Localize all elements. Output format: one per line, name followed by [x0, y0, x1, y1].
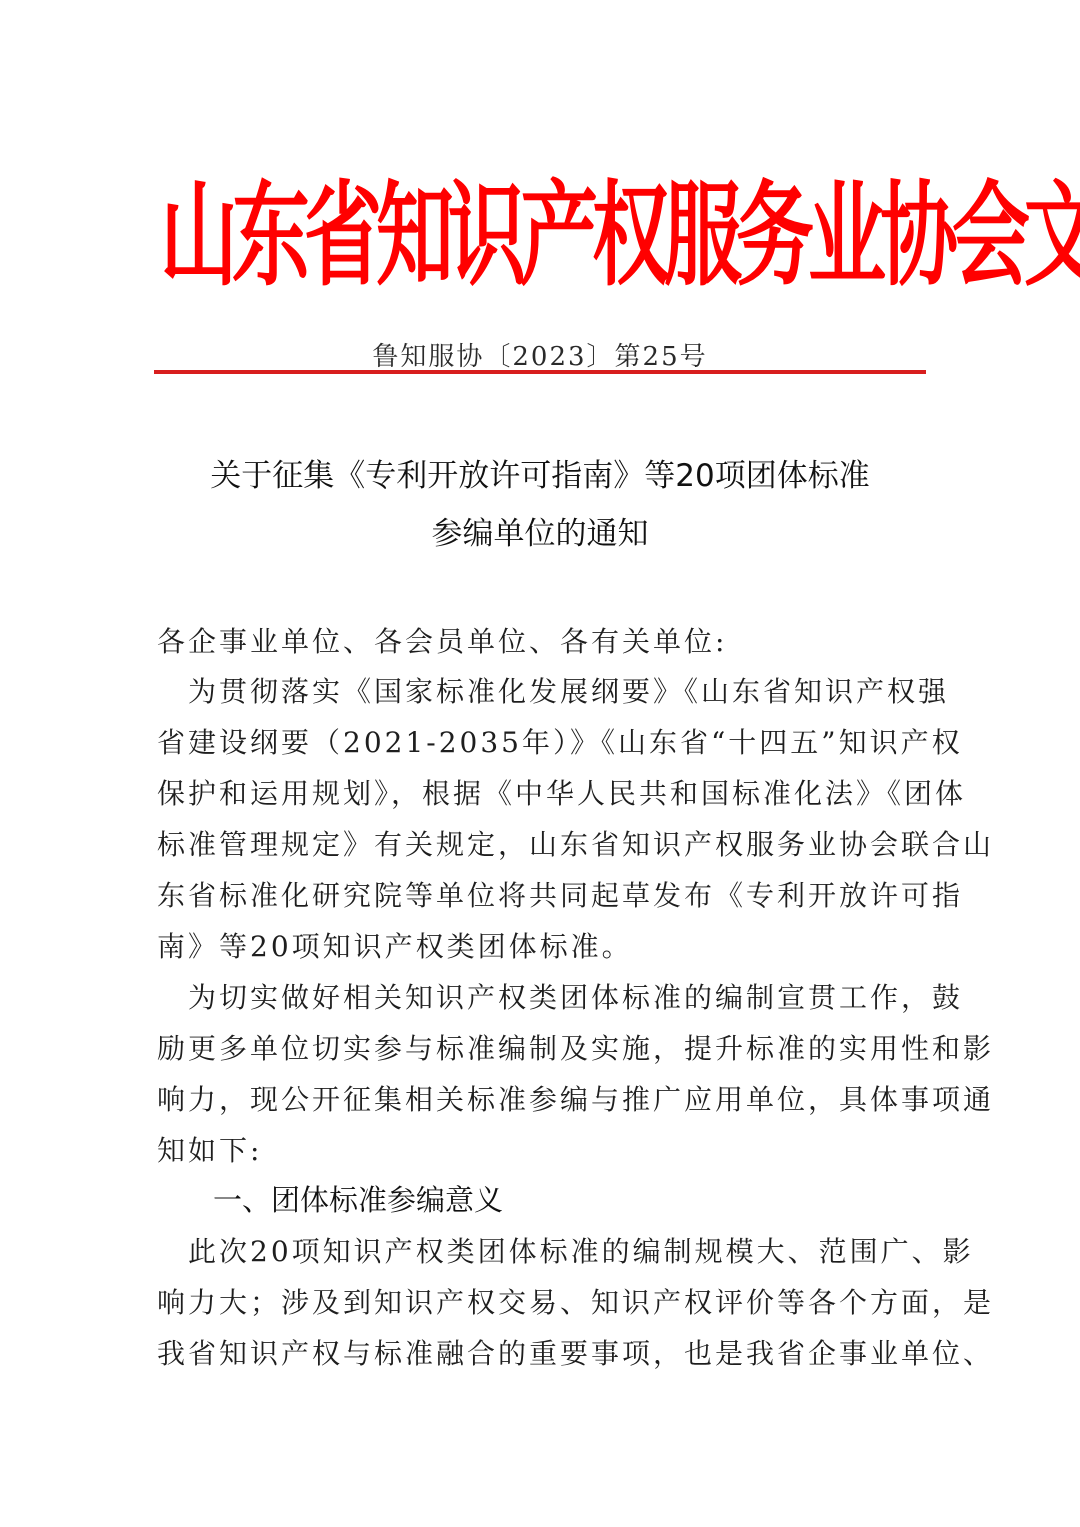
paragraph-1-line: 标准管理规定》有关规定，山东省知识产权服务业协会联合山: [157, 823, 927, 863]
notice-title-line-1: 关于征集《专利开放许可指南》等20项团体标准: [150, 450, 930, 495]
paragraph-1-line: 东省标准化研究院等单位将共同起草发布《专利开放许可指: [157, 874, 927, 914]
section-heading-1: 一、团体标准参编意义: [213, 1178, 503, 1219]
paragraph-1-line: 南》等20项知识产权类团体标准。: [157, 925, 927, 965]
paragraph-3-line: 响力大；涉及到知识产权交易、知识产权评价等各个方面，是: [157, 1281, 927, 1321]
masthead-title: 山东省知识产权服务业协会文件: [160, 143, 920, 332]
paragraph-2-line: 为切实做好相关知识产权类团体标准的编制宣贯工作，鼓: [157, 976, 927, 1016]
paragraph-3-line: 此次20项知识产权类团体标准的编制规模大、范围广、影: [157, 1230, 927, 1270]
red-divider-line: [154, 370, 926, 374]
paragraph-2-line: 响力，现公开征集相关标准参编与推广应用单位，具体事项通: [157, 1078, 927, 1118]
notice-title-line-2: 参编单位的通知: [150, 508, 930, 553]
paragraph-1-line: 保护和运用规划》，根据《中华人民共和国标准化法》《团体: [157, 772, 927, 812]
salutation: 各企事业单位、各会员单位、各有关单位:: [157, 620, 927, 660]
paragraph-2-line: 知如下:: [157, 1129, 927, 1169]
paragraph-1-line: 省建设纲要（2021-2035年）》《山东省“十四五”知识产权: [157, 721, 927, 761]
paragraph-3-line: 我省知识产权与标准融合的重要事项，也是我省企事业单位、: [157, 1332, 927, 1372]
paragraph-2-line: 励更多单位切实参与标准编制及实施，提升标准的实用性和影: [157, 1027, 927, 1067]
paragraph-1-line: 为贯彻落实《国家标准化发展纲要》《山东省知识产权强: [157, 670, 927, 710]
document-number: 鲁知服协〔2023〕第25号: [155, 340, 925, 374]
document-page: 山东省知识产权服务业协会文件 鲁知服协〔2023〕第25号 关于征集《专利开放许…: [0, 0, 1080, 1527]
